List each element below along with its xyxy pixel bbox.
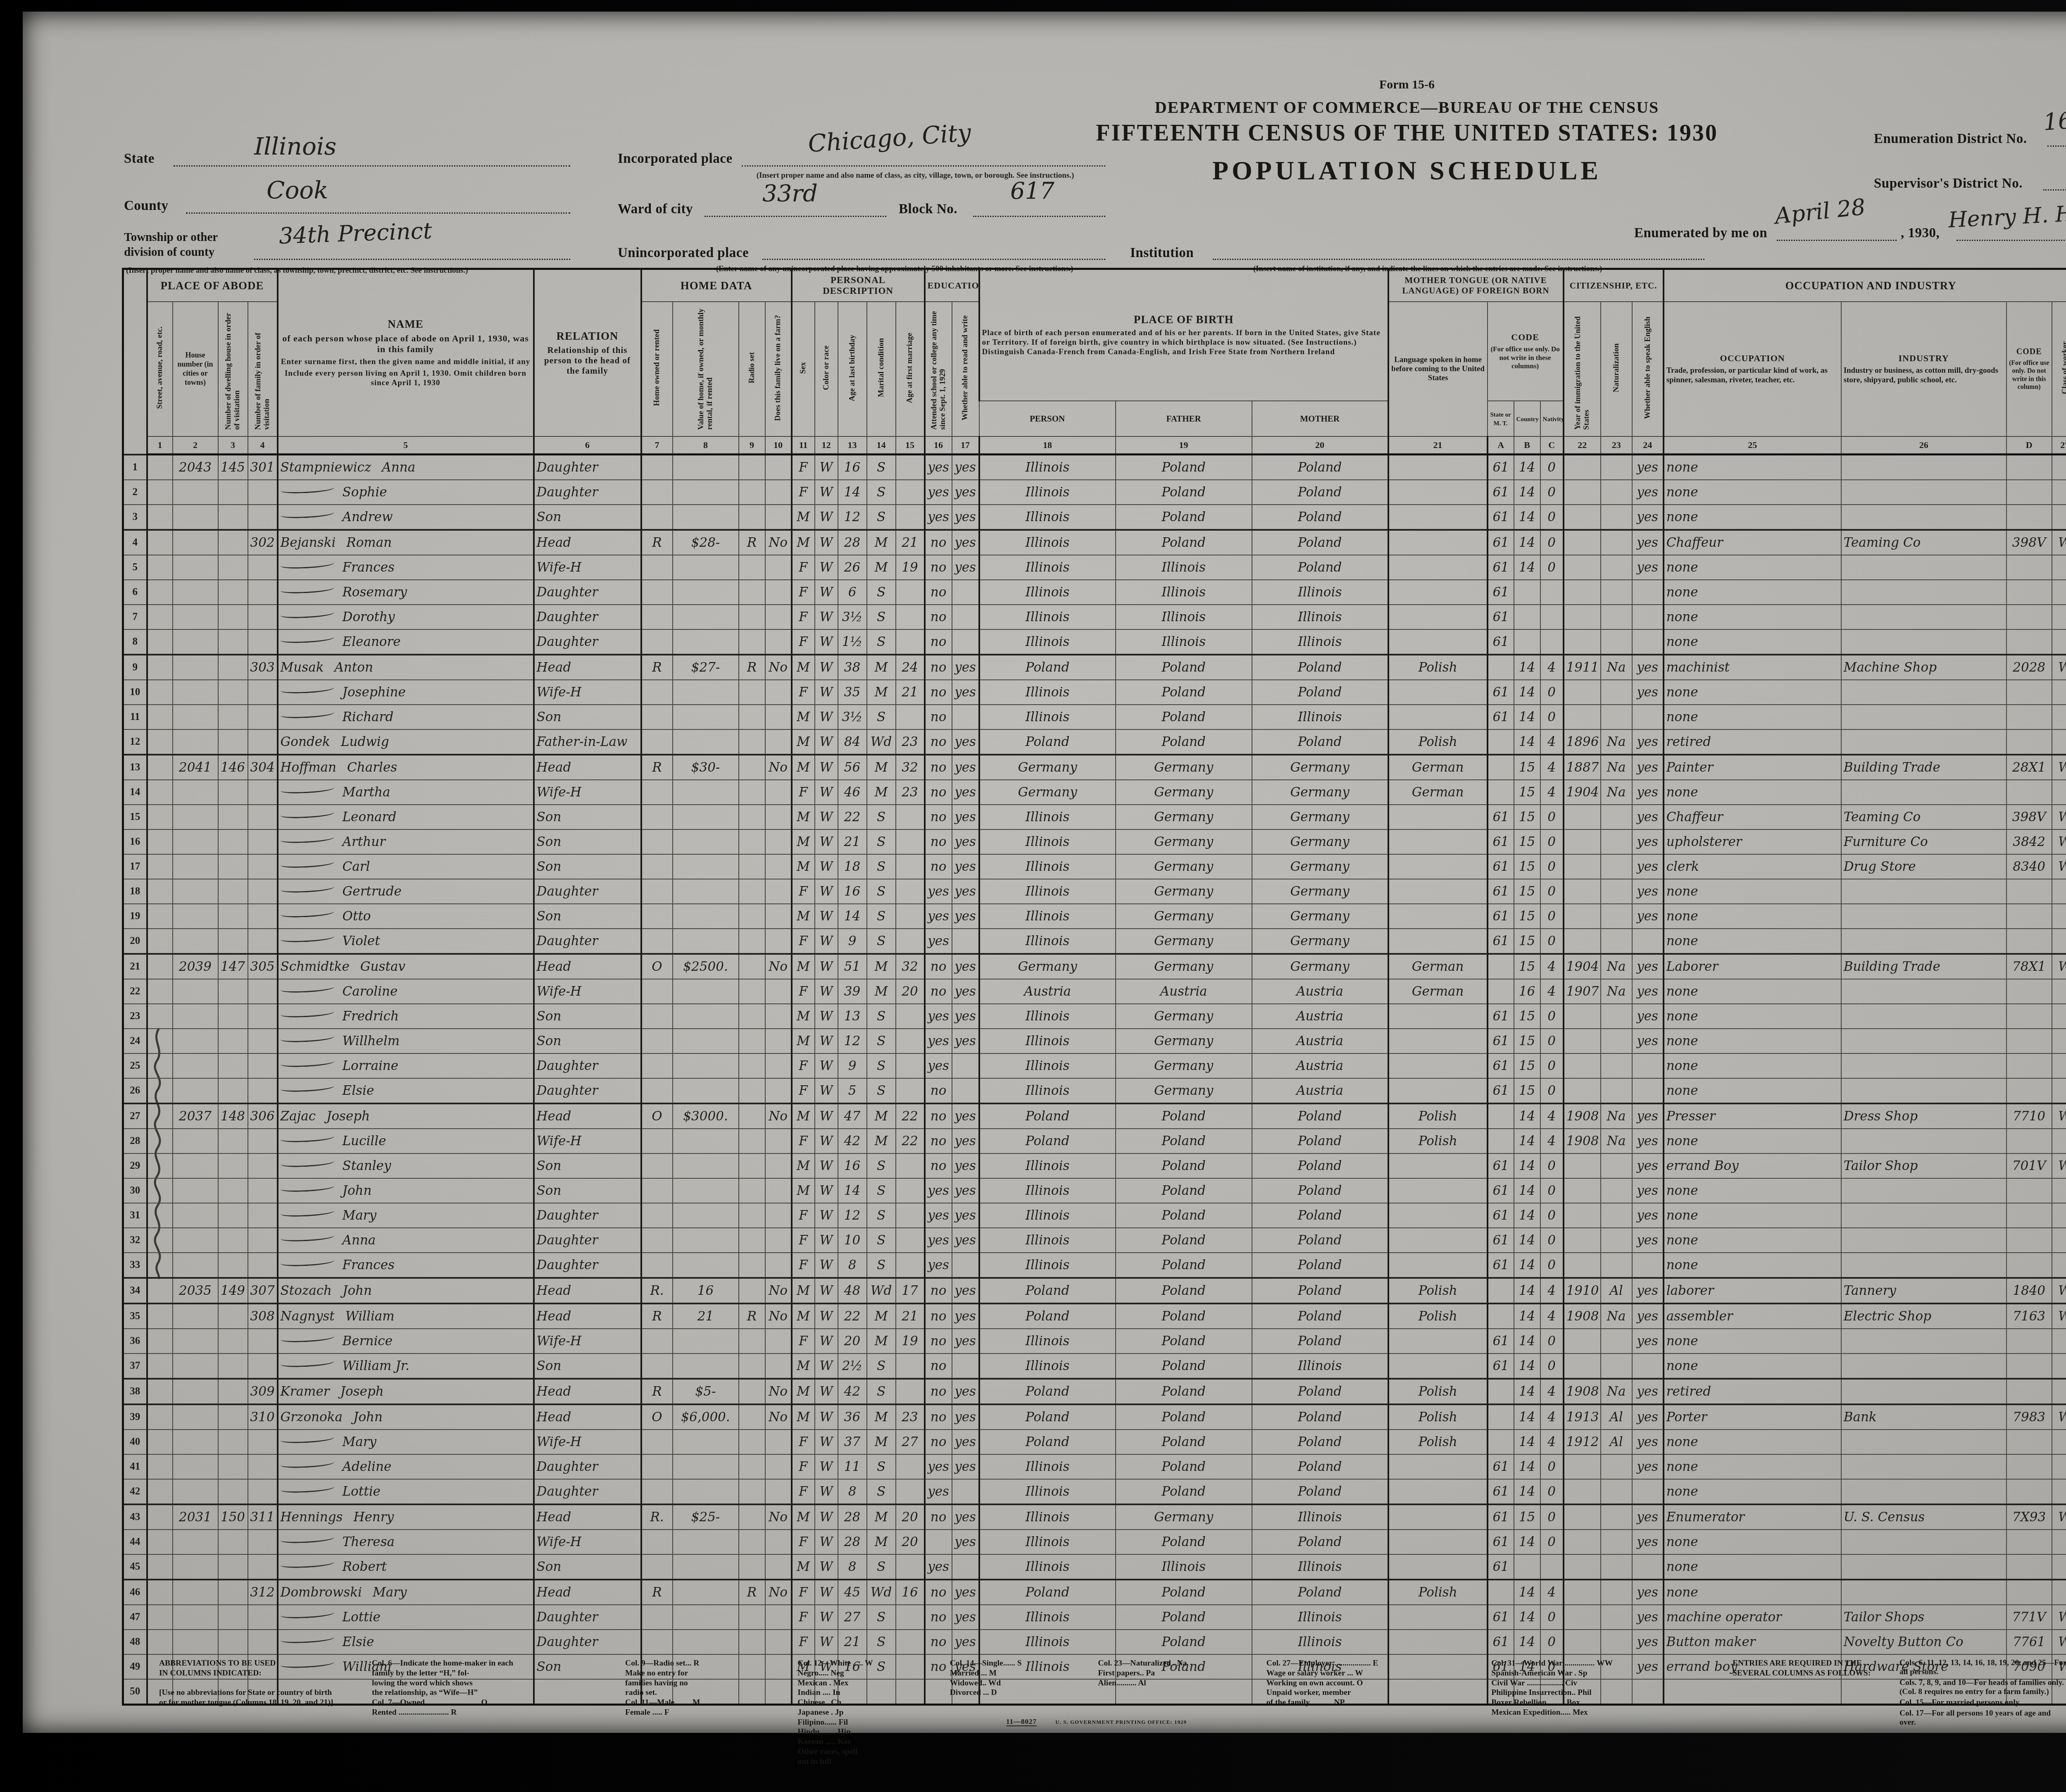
cell-birth-mother: Germany — [1252, 954, 1388, 979]
cell-radio — [739, 1053, 765, 1078]
cell-industry: Drug Store — [1841, 854, 2006, 879]
cell-naturalization: Na — [1601, 954, 1632, 979]
code-abc-header: CODE (For office use only. Do not write … — [1488, 302, 1564, 401]
cell-home-value: 16 — [673, 1278, 739, 1303]
person-row-39: 39310GrzonokaJohnHeadO$6,000.NoMW36M23no… — [123, 1404, 2066, 1430]
cell-sex: M — [792, 755, 815, 780]
cell-class-worker: W — [2052, 530, 2066, 555]
cell-code-c: 0 — [1540, 1354, 1564, 1379]
cell-immigration: 1908 — [1564, 1129, 1601, 1153]
cell-occupation: none — [1664, 1580, 1841, 1605]
cell-radio — [739, 729, 765, 755]
cell-dwelling — [218, 780, 248, 805]
cell-code-d: 8340 — [2006, 854, 2052, 879]
cell-family: 311 — [248, 1504, 278, 1530]
cell-line: 10 — [123, 680, 147, 705]
cell-age: 3½ — [838, 605, 867, 629]
cell-dwelling: 149 — [218, 1278, 248, 1303]
cell-home-value — [673, 480, 739, 505]
name-header: NAME of each person whose place of abode… — [278, 269, 534, 437]
cell-language — [1388, 1354, 1488, 1379]
cell-code-b — [1514, 629, 1540, 655]
cell-age: 46 — [838, 780, 867, 805]
cell-sex: M — [792, 1354, 815, 1379]
cell-street — [147, 1379, 173, 1404]
cell-industry: Novelty Button Co — [1841, 1630, 2006, 1654]
cell-farm — [765, 605, 792, 629]
cell-relation: Daughter — [534, 1078, 641, 1103]
cell-age-married — [896, 605, 925, 629]
cell-dwelling — [218, 1454, 248, 1479]
cell-code-d: 7983 — [2006, 1404, 2052, 1430]
cell-language — [1388, 1554, 1488, 1580]
code-d-header: CODE (For office use only. Do not write … — [2006, 302, 2052, 436]
cell-age: 22 — [838, 1303, 867, 1329]
cell-code-d — [2006, 555, 2052, 580]
cell-birth-mother: Germany — [1252, 755, 1388, 780]
cell-occupation: none — [1664, 1029, 1841, 1053]
cell-age-married — [896, 1605, 925, 1630]
cell-name: Willhelm — [278, 1029, 534, 1053]
cell-name: Frances — [278, 1253, 534, 1278]
cell-sex: M — [792, 1029, 815, 1053]
cell-birth-father: Poland — [1116, 1379, 1252, 1404]
cell-house — [173, 1253, 218, 1278]
cell-street — [147, 580, 173, 605]
cell-code-a: 61 — [1488, 1504, 1514, 1530]
cell-code-a: 61 — [1488, 1053, 1514, 1078]
cell-english: yes — [1632, 655, 1664, 680]
scanned-census-photo: Form 15-6 DEPARTMENT OF COMMERCE—BUREAU … — [0, 0, 2066, 1792]
cell-dwelling — [218, 1354, 248, 1379]
cell-code-c: 4 — [1540, 1379, 1564, 1404]
cell-language — [1388, 1228, 1488, 1253]
cell-language: Polish — [1388, 1278, 1488, 1303]
cell-code-d — [2006, 455, 2052, 480]
cell-code-a: 61 — [1488, 929, 1514, 954]
cell-english: yes — [1632, 1153, 1664, 1178]
cell-home-value: $3000. — [673, 1103, 739, 1129]
cell-read-write: yes — [952, 904, 979, 929]
cell-age-married — [896, 705, 925, 729]
cell-tenure — [641, 1454, 673, 1479]
cell-english: yes — [1632, 829, 1664, 854]
cell-birth-person: Poland — [979, 1430, 1116, 1454]
cell-dwelling — [218, 829, 248, 854]
cell-sex: F — [792, 1078, 815, 1103]
cell-class-worker: W — [2052, 1103, 2066, 1129]
cell-sex: M — [792, 904, 815, 929]
cell-name: Lucille — [278, 1129, 534, 1153]
cell-school: yes — [925, 1228, 952, 1253]
cell-sex: M — [792, 805, 815, 829]
cell-farm: No — [765, 1103, 792, 1129]
cell-relation: Head — [534, 1504, 641, 1530]
cell-birth-person: Illinois — [979, 530, 1116, 555]
cell-family — [248, 505, 278, 530]
cell-read-write: yes — [952, 1454, 979, 1479]
cell-radio — [739, 705, 765, 729]
cell-read-write — [952, 1554, 979, 1580]
cell-age: 28 — [838, 530, 867, 555]
cell-class-worker — [2052, 1354, 2066, 1379]
cell-class-worker — [2052, 729, 2066, 755]
cell-color: W — [815, 530, 838, 555]
cell-color: W — [815, 629, 838, 655]
cell-code-a: 61 — [1488, 1454, 1514, 1479]
cell-code-d: 28X1 — [2006, 755, 2052, 780]
cell-house: 2043 — [173, 455, 218, 480]
cell-birth-person: Illinois — [979, 1203, 1116, 1228]
cell-birth-father: Illinois — [1116, 555, 1252, 580]
enumerated-date-line — [1777, 240, 1897, 241]
cell-marital: S — [867, 829, 896, 854]
cell-birth-father: Illinois — [1116, 580, 1252, 605]
cell-street — [147, 979, 173, 1004]
cell-line: 19 — [123, 904, 147, 929]
cell-school: no — [925, 1630, 952, 1654]
cell-code-a: 61 — [1488, 1004, 1514, 1029]
person-row-22: 22CarolineWife-HFW39M20noyesAustriaAustr… — [123, 979, 2066, 1004]
cell-code-d — [2006, 1203, 2052, 1228]
cell-age: 11 — [838, 1454, 867, 1479]
cell-color: W — [815, 605, 838, 629]
cell-industry — [1841, 1178, 2006, 1203]
cell-birth-mother: Poland — [1252, 1530, 1388, 1554]
cell-code-a — [1488, 1278, 1514, 1303]
cell-house — [173, 1228, 218, 1253]
cell-family — [248, 629, 278, 655]
cell-marital: S — [867, 1153, 896, 1178]
cell-occupation: none — [1664, 1329, 1841, 1354]
cell-birth-mother: Poland — [1252, 555, 1388, 580]
cell-street — [147, 629, 173, 655]
cell-birth-mother: Poland — [1252, 480, 1388, 505]
cell-house — [173, 555, 218, 580]
cell-class-worker — [2052, 1379, 2066, 1404]
cell-immigration — [1564, 904, 1601, 929]
cell-code-b: 14 — [1514, 1329, 1540, 1354]
cell-relation: Daughter — [534, 1630, 641, 1654]
naturalization-header: Naturalization — [1601, 302, 1632, 436]
cell-english: yes — [1632, 1303, 1664, 1329]
cell-code-a: 61 — [1488, 1479, 1514, 1504]
cell-house — [173, 1078, 218, 1103]
cell-immigration: 1910 — [1564, 1278, 1601, 1303]
cell-marital: M — [867, 1530, 896, 1554]
cell-street — [147, 505, 173, 530]
cell-age: 21 — [838, 1630, 867, 1654]
cell-birth-father: Germany — [1116, 780, 1252, 805]
schedule-subtitle: POPULATION SCHEDULE — [994, 155, 1820, 186]
cell-code-c: 0 — [1540, 455, 1564, 480]
cell-age: 39 — [838, 979, 867, 1004]
cell-immigration — [1564, 555, 1601, 580]
cell-relation: Daughter — [534, 1228, 641, 1253]
cell-color: W — [815, 1605, 838, 1630]
cell-home-value — [673, 1253, 739, 1278]
cell-birth-person: Poland — [979, 1379, 1116, 1404]
cell-birth-mother: Austria — [1252, 1029, 1388, 1053]
cell-english: yes — [1632, 1228, 1664, 1253]
cell-code-d — [2006, 879, 2052, 904]
cell-radio — [739, 480, 765, 505]
col-number-2: 2 — [173, 436, 218, 455]
line-col-left — [123, 269, 147, 455]
cell-line: 38 — [123, 1379, 147, 1404]
cell-line: 1 — [123, 455, 147, 480]
cell-industry — [1841, 1354, 2006, 1379]
cell-sex: F — [792, 1129, 815, 1153]
cell-birth-mother: Poland — [1252, 729, 1388, 755]
cell-occupation: Painter — [1664, 755, 1841, 780]
cell-language — [1388, 455, 1488, 480]
cell-occupation: none — [1664, 705, 1841, 729]
cell-birth-mother: Illinois — [1252, 1354, 1388, 1379]
radio-header: Radio set — [739, 302, 765, 436]
cell-code-a: 61 — [1488, 1178, 1514, 1203]
cell-occupation: none — [1664, 1454, 1841, 1479]
cell-age: 28 — [838, 1530, 867, 1554]
cell-school: no — [925, 1129, 952, 1153]
cell-marital: M — [867, 1504, 896, 1530]
cell-birth-mother: Poland — [1252, 1228, 1388, 1253]
cell-industry — [1841, 1203, 2006, 1228]
col-number-5: 5 — [278, 436, 534, 455]
cell-tenure — [641, 1354, 673, 1379]
cell-code-a — [1488, 1303, 1514, 1329]
cell-street — [147, 879, 173, 904]
cell-age-married — [896, 1153, 925, 1178]
col-number-C: C — [1540, 436, 1564, 455]
cell-birth-mother: Poland — [1252, 1454, 1388, 1479]
cell-naturalization: Al — [1601, 1278, 1632, 1303]
cell-code-b: 14 — [1514, 1153, 1540, 1178]
incorporated-value: Chicago, City — [807, 118, 972, 157]
cell-name: Eleanore — [278, 629, 534, 655]
cell-school: no — [925, 1504, 952, 1530]
cell-immigration — [1564, 1630, 1601, 1654]
cell-english: yes — [1632, 1329, 1664, 1354]
cell-color: W — [815, 1053, 838, 1078]
cell-birth-mother: Germany — [1252, 854, 1388, 879]
col-number-25: 25 — [1664, 436, 1841, 455]
cell-house — [173, 1404, 218, 1430]
cell-family — [248, 555, 278, 580]
cell-naturalization — [1601, 480, 1632, 505]
cell-name: Carl — [278, 854, 534, 879]
cell-house — [173, 1454, 218, 1479]
cell-relation: Son — [534, 705, 641, 729]
cell-house — [173, 1530, 218, 1554]
cell-birth-mother: Germany — [1252, 904, 1388, 929]
col-number-B: B — [1514, 436, 1540, 455]
person-row-23: 23FredrichSonMW13SyesyesIllinoisGermanyA… — [123, 1004, 2066, 1029]
cell-english: yes — [1632, 480, 1664, 505]
cell-tenure: O — [641, 954, 673, 979]
cell-family: 306 — [248, 1103, 278, 1129]
person-row-47: 47LottieDaughterFW27SnoyesIllinoisPoland… — [123, 1605, 2066, 1630]
cell-code-a — [1488, 1129, 1514, 1153]
cell-english — [1632, 1253, 1664, 1278]
cell-age-married — [896, 829, 925, 854]
cell-read-write: yes — [952, 1228, 979, 1253]
street-header: Street, avenue, road, etc. — [147, 302, 173, 436]
cell-farm — [765, 979, 792, 1004]
cell-home-value — [673, 1630, 739, 1654]
cell-dwelling — [218, 655, 248, 680]
cell-school: yes — [925, 904, 952, 929]
cell-marital: S — [867, 605, 896, 629]
cell-tenure: R — [641, 755, 673, 780]
cell-house — [173, 1004, 218, 1029]
cell-naturalization — [1601, 1530, 1632, 1554]
cell-marital: S — [867, 1454, 896, 1479]
cell-family — [248, 1153, 278, 1178]
cell-color: W — [815, 555, 838, 580]
cell-occupation: Presser — [1664, 1103, 1841, 1129]
cell-name: Lottie — [278, 1605, 534, 1630]
cell-industry — [1841, 879, 2006, 904]
cell-class-worker — [2052, 1029, 2066, 1053]
cell-age: 9 — [838, 1053, 867, 1078]
cell-family — [248, 1178, 278, 1203]
cell-tenure — [641, 1530, 673, 1554]
cell-immigration — [1564, 629, 1601, 655]
cell-radio — [739, 605, 765, 629]
unincorporated-line — [762, 259, 1105, 260]
cell-birth-person: Germany — [979, 954, 1116, 979]
cell-radio — [739, 805, 765, 829]
person-row-46: 46312DombrowskiMaryHeadRRNoFW45Wd16noyes… — [123, 1580, 2066, 1605]
cell-school: no — [925, 655, 952, 680]
cell-marital: S — [867, 1228, 896, 1253]
cell-dwelling — [218, 1404, 248, 1430]
cell-name: Elsie — [278, 1630, 534, 1654]
cell-birth-person: Illinois — [979, 1153, 1116, 1178]
cell-class-worker — [2052, 879, 2066, 904]
cell-school: yes — [925, 1178, 952, 1203]
cell-industry — [1841, 1530, 2006, 1554]
cell-read-write — [952, 1253, 979, 1278]
cell-radio — [739, 1203, 765, 1228]
cell-sex: F — [792, 1430, 815, 1454]
cell-line: 30 — [123, 1178, 147, 1203]
cell-name: Mary — [278, 1203, 534, 1228]
cell-read-write — [952, 1479, 979, 1504]
table-header: PLACE OF ABODE NAME of each person whose… — [123, 269, 2066, 455]
cell-naturalization: Na — [1601, 1103, 1632, 1129]
cell-age: 8 — [838, 1479, 867, 1504]
person-row-8: 8EleanoreDaughterFW1½SnoIllinoisIllinois… — [123, 629, 2066, 655]
cell-home-value — [673, 1479, 739, 1504]
cell-birth-person: Illinois — [979, 1053, 1116, 1078]
cell-code-a — [1488, 954, 1514, 979]
cell-occupation: none — [1664, 929, 1841, 954]
cell-occupation: none — [1664, 1129, 1841, 1153]
cell-read-write — [952, 605, 979, 629]
cell-language — [1388, 1329, 1488, 1354]
enumerated-year: , 1930, — [1901, 226, 1940, 241]
cell-dwelling — [218, 1530, 248, 1554]
cell-birth-father: Germany — [1116, 904, 1252, 929]
enumeration-district-line — [2047, 145, 2066, 147]
cell-home-value — [673, 1029, 739, 1053]
cell-sex: F — [792, 929, 815, 954]
cell-radio: R — [739, 530, 765, 555]
cell-relation: Wife-H — [534, 555, 641, 580]
cell-code-d: 78X1 — [2006, 954, 2052, 979]
cell-naturalization — [1601, 1454, 1632, 1479]
cell-school: yes — [925, 1203, 952, 1228]
col-number-23: 23 — [1601, 436, 1632, 455]
cell-color: W — [815, 1253, 838, 1278]
cell-code-a: 61 — [1488, 1554, 1514, 1580]
cell-occupation: upholsterer — [1664, 829, 1841, 854]
cell-marital: S — [867, 879, 896, 904]
cell-code-d — [2006, 1530, 2052, 1554]
cell-code-c: 0 — [1540, 705, 1564, 729]
cell-street — [147, 1554, 173, 1580]
cell-occupation: Laborer — [1664, 954, 1841, 979]
cell-marital: S — [867, 1203, 896, 1228]
cell-tenure: O — [641, 1103, 673, 1129]
cell-marital: M — [867, 755, 896, 780]
cell-language: Polish — [1388, 1404, 1488, 1430]
enumeration-district-value: 16-2697 — [2042, 102, 2066, 136]
cell-family — [248, 1454, 278, 1479]
cell-age-married: 27 — [896, 1430, 925, 1454]
cell-code-d — [2006, 505, 2052, 530]
cell-line: 40 — [123, 1430, 147, 1454]
cell-language — [1388, 1454, 1488, 1479]
cell-school: no — [925, 1078, 952, 1103]
cell-code-a — [1488, 755, 1514, 780]
cell-language — [1388, 1078, 1488, 1103]
township-value: 34th Precinct — [278, 218, 433, 249]
cell-family — [248, 1354, 278, 1379]
cell-birth-father: Poland — [1116, 1129, 1252, 1153]
cell-occupation: Porter — [1664, 1404, 1841, 1430]
cell-tenure — [641, 1004, 673, 1029]
person-row-35: 35308NagnystWilliamHeadR21RNoMW22M21noye… — [123, 1303, 2066, 1329]
cell-age-married — [896, 629, 925, 655]
cell-read-write: yes — [952, 680, 979, 705]
cell-class-worker — [2052, 629, 2066, 655]
cell-age: 27 — [838, 1605, 867, 1630]
cell-name: Bernice — [278, 1329, 534, 1354]
cell-school: no — [925, 1153, 952, 1178]
cell-sex: F — [792, 1203, 815, 1228]
cell-class-worker — [2052, 1228, 2066, 1253]
cell-birth-person: Illinois — [979, 1004, 1116, 1029]
cell-code-d: 3842 — [2006, 829, 2052, 854]
cell-line: 16 — [123, 829, 147, 854]
cell-class-worker: W — [2052, 854, 2066, 879]
col-number-11: 11 — [792, 436, 815, 455]
cell-house — [173, 729, 218, 755]
cell-dwelling — [218, 1053, 248, 1078]
cell-class-worker — [2052, 1329, 2066, 1354]
cell-occupation: none — [1664, 1053, 1841, 1078]
cell-marital: M — [867, 1404, 896, 1430]
cell-tenure — [641, 1253, 673, 1278]
cell-read-write: yes — [952, 1129, 979, 1153]
col-number-21: 21 — [1388, 436, 1488, 455]
cell-naturalization — [1601, 629, 1632, 655]
cell-sex: M — [792, 729, 815, 755]
person-row-21: 212039147305SchmidtkeGustavHeadO$2500.No… — [123, 954, 2066, 979]
